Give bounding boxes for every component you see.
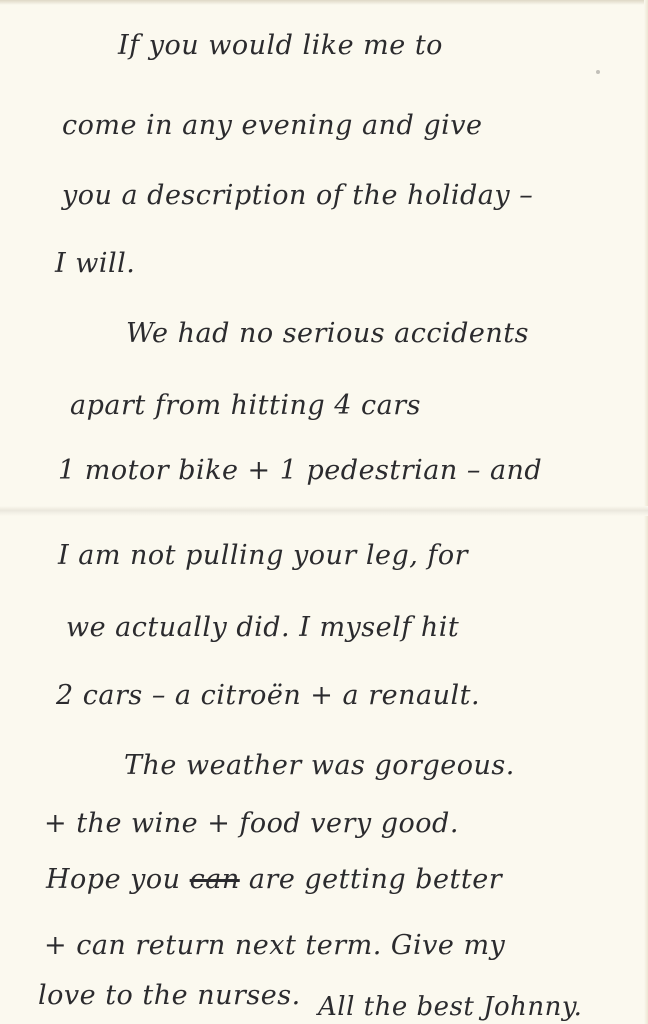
- letter-line-5: We had no serious accidents: [126, 318, 529, 349]
- line-13-after: are getting better: [240, 864, 502, 895]
- letter-line-10: 2 cars – a citroën + a renault.: [56, 680, 480, 711]
- letter-line-15: love to the nurses.: [38, 980, 301, 1011]
- letter-line-1: If you would like me to: [118, 30, 443, 61]
- letter-page: If you would like me to come in any even…: [0, 0, 648, 1024]
- letter-line-7: 1 motor bike + 1 pedestrian – and: [58, 455, 542, 486]
- signature: All the best Johnny.: [318, 992, 582, 1022]
- letter-line-9: we actually did. I myself hit: [66, 612, 459, 643]
- letter-line-12: + the wine + food very good.: [44, 808, 459, 839]
- letter-line-13: Hope you can are getting better: [46, 864, 502, 895]
- letter-line-8: I am not pulling your leg, for: [58, 540, 468, 571]
- line-13-before: Hope you: [46, 864, 190, 895]
- letter-line-11: The weather was gorgeous.: [124, 750, 515, 781]
- paper-top-edge: [0, 0, 648, 5]
- letter-line-3: you a description of the holiday –: [62, 180, 533, 211]
- letter-line-14: + can return next term. Give my: [44, 930, 505, 961]
- letter-line-2: come in any evening and give: [62, 110, 482, 141]
- ink-speck: [596, 70, 600, 74]
- paper-fold-crease: [0, 506, 648, 516]
- letter-line-4: I will.: [55, 248, 135, 279]
- letter-line-6: apart from hitting 4 cars: [70, 390, 421, 421]
- struck-out-word: can: [190, 864, 240, 895]
